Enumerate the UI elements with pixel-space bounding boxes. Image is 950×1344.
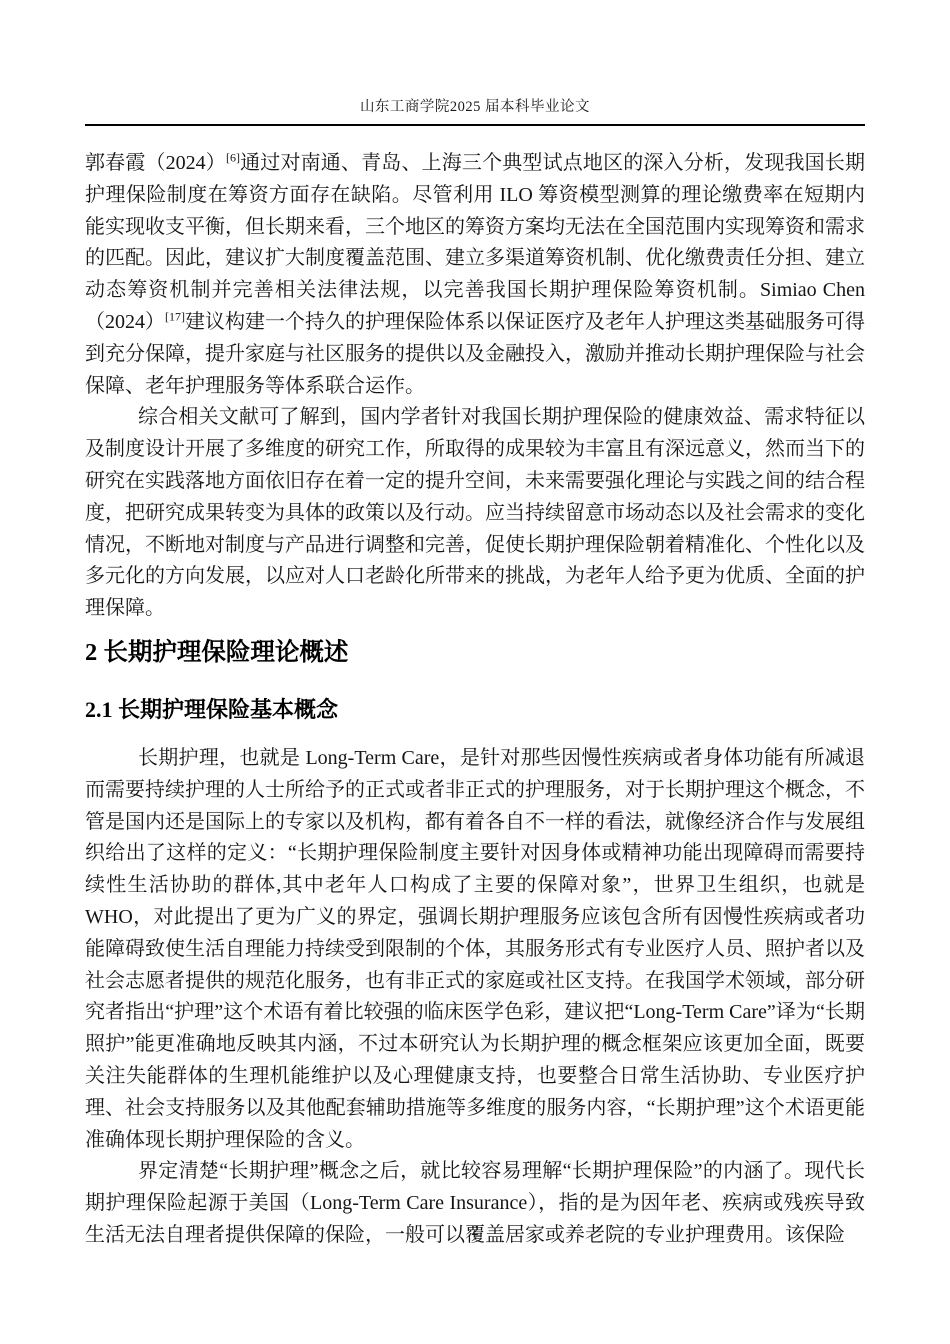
page-footer: 2 — [0, 1222, 950, 1240]
paragraph-literature-summary: 综合相关文献可了解到，国内学者针对我国长期护理保险的健康效益、需求特征以及制度设… — [85, 402, 865, 625]
citation-ref-17: [17] — [165, 309, 185, 323]
document-body: 郭春霞（2024）[6]通过对南通、青岛、上海三个典型试点地区的深入分析，发现我… — [85, 126, 865, 1252]
text-run: 郭春霞（2024） — [85, 152, 226, 174]
citation-ref-6: [6] — [226, 150, 240, 164]
paragraph-literature-review: 郭春霞（2024）[6]通过对南通、青岛、上海三个典型试点地区的深入分析，发现我… — [85, 148, 865, 402]
text-run: 通过对南通、青岛、上海三个典型试点地区的深入分析，发现我国长期护理保险制度在筹资… — [85, 152, 865, 333]
running-head-title: 山东工商学院2025 届本科毕业论文 — [85, 95, 865, 124]
text-run: 建议构建一个持久的护理保险体系以保证医疗及老年人护理这类基础服务可得到充分保障，… — [85, 311, 865, 397]
page-number: 2 — [471, 1223, 479, 1239]
chapter-heading: 2 长期护理保险理论概述 — [85, 637, 865, 668]
section-heading: 2.1 长期护理保险基本概念 — [85, 696, 865, 723]
paragraph-ltc-concept: 长期护理，也就是 Long-Term Care，是针对那些因慢性疾病或者身体功能… — [85, 743, 865, 1156]
page-header: 山东工商学院2025 届本科毕业论文 — [85, 0, 865, 126]
thesis-page: 山东工商学院2025 届本科毕业论文 郭春霞（2024）[6]通过对南通、青岛、… — [0, 0, 950, 1344]
